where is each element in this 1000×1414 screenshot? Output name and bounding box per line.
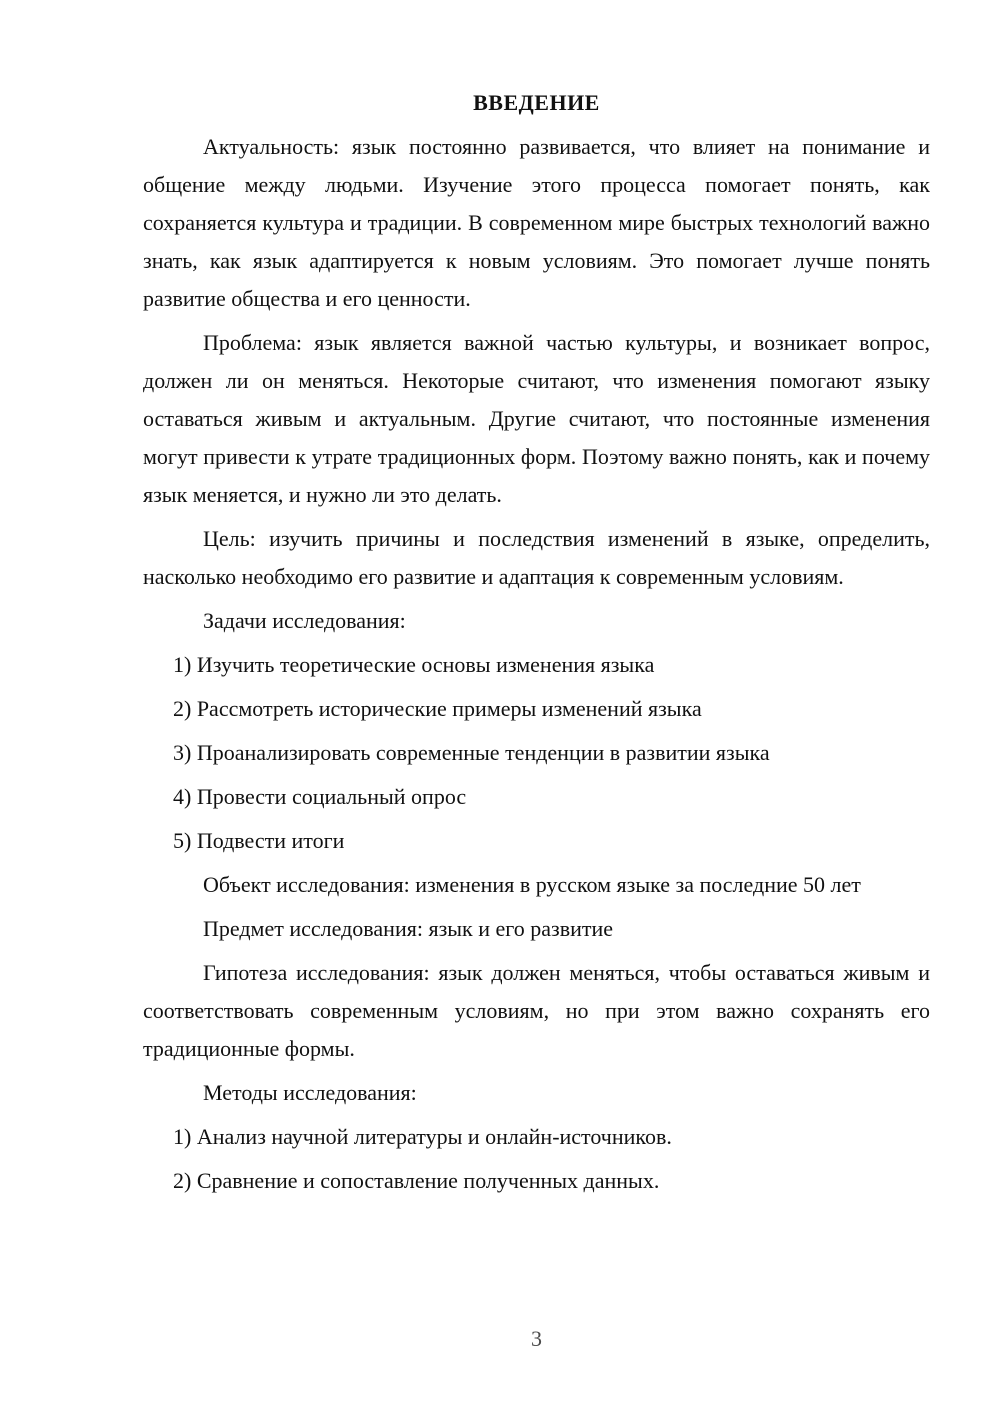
paragraph-goal: Цель: изучить причины и последствия изме… bbox=[143, 520, 930, 596]
paragraph-problem: Проблема: язык является важной частью ку… bbox=[143, 324, 930, 514]
paragraph-hypothesis: Гипотеза исследования: язык должен менят… bbox=[143, 954, 930, 1068]
task-list-item: 4) Провести социальный опрос bbox=[143, 778, 930, 816]
tasks-label: Задачи исследования: bbox=[143, 602, 930, 640]
task-list-item: 1) Изучить теоретические основы изменени… bbox=[143, 646, 930, 684]
task-list-item: 3) Проанализировать современные тенденци… bbox=[143, 734, 930, 772]
method-list-item: 1) Анализ научной литературы и онлайн-ис… bbox=[143, 1118, 930, 1156]
document-page: ВВЕДЕНИЕ Актуальность: язык постоянно ра… bbox=[0, 0, 1000, 1414]
paragraph-actuality: Актуальность: язык постоянно развивается… bbox=[143, 128, 930, 318]
method-list-item: 2) Сравнение и сопоставление полученных … bbox=[143, 1162, 930, 1200]
page-number: 3 bbox=[143, 1320, 930, 1358]
methods-label: Методы исследования: bbox=[143, 1074, 930, 1112]
paragraph-object: Объект исследования: изменения в русском… bbox=[143, 866, 930, 904]
paragraph-subject: Предмет исследования: язык и его развити… bbox=[143, 910, 930, 948]
task-list-item: 2) Рассмотреть исторические примеры изме… bbox=[143, 690, 930, 728]
page-title: ВВЕДЕНИЕ bbox=[143, 84, 930, 122]
task-list-item: 5) Подвести итоги bbox=[143, 822, 930, 860]
